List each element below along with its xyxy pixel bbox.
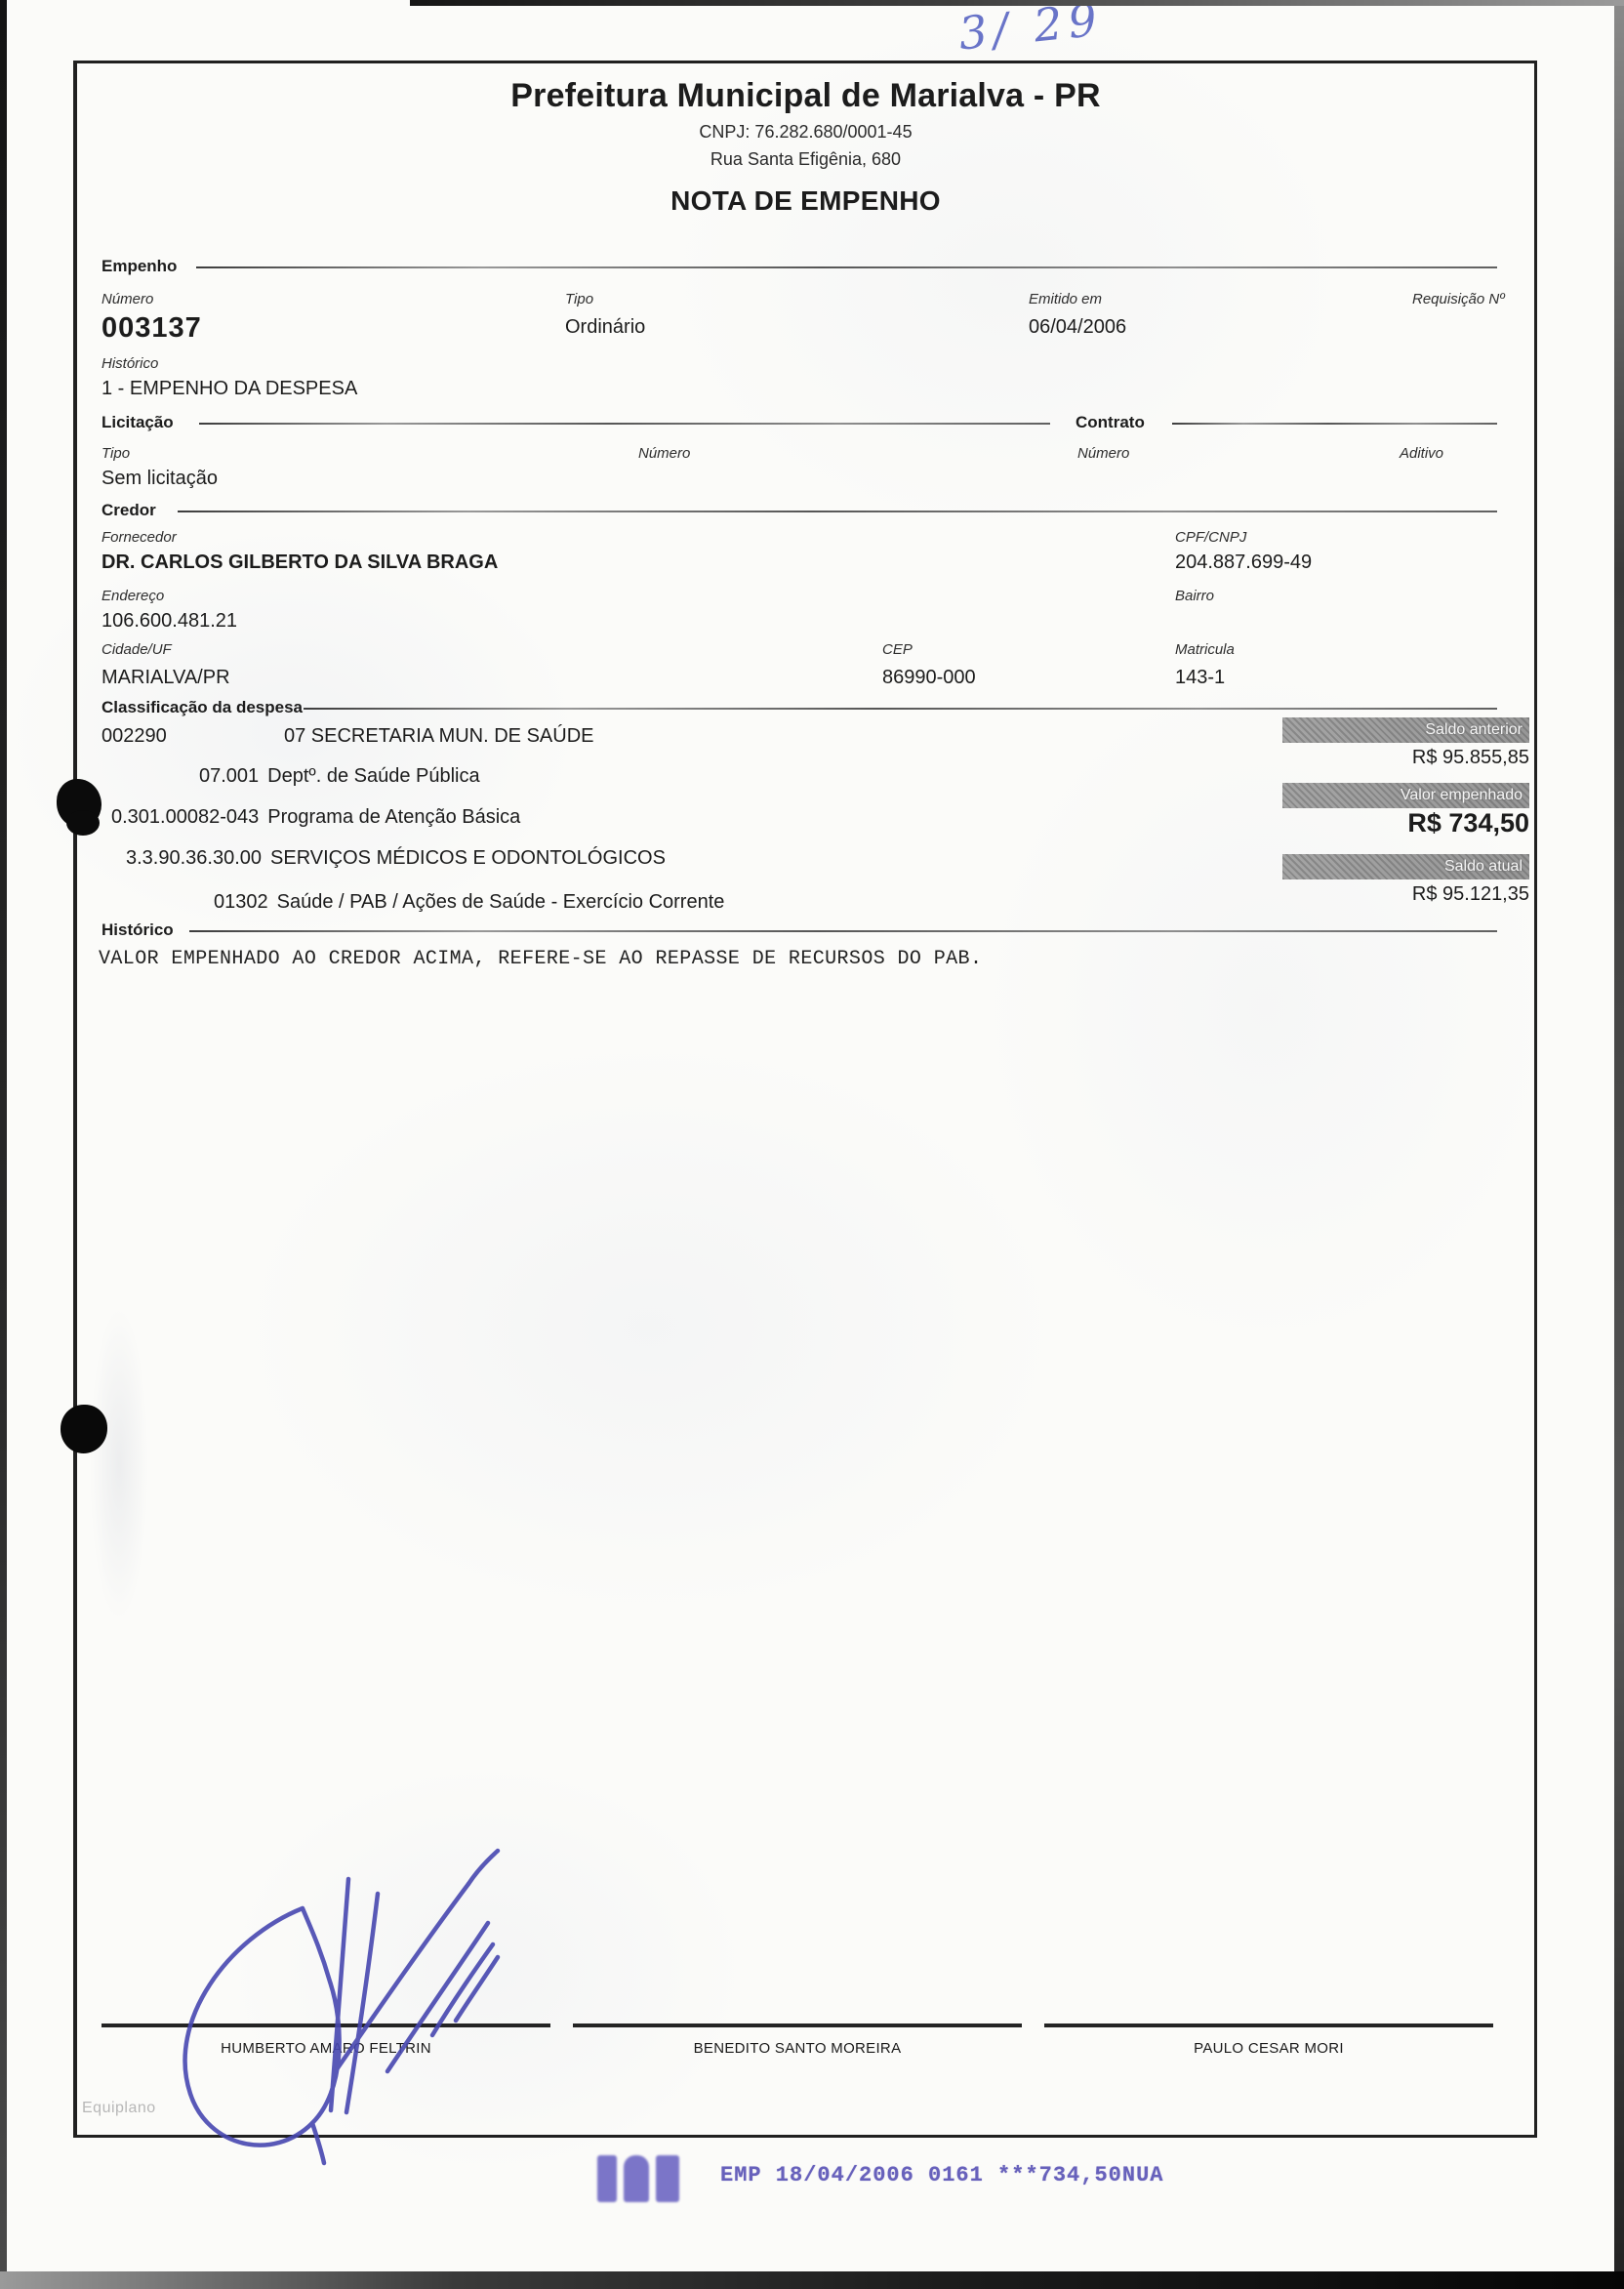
section-licitacao-rule	[199, 423, 1050, 425]
empenho-emitido-value: 06/04/2006	[1029, 316, 1126, 339]
signature-block: PAULO CESAR MORI	[1044, 2023, 1493, 2057]
document-type-title: NOTA DE EMPENHO	[77, 185, 1534, 217]
classificacao-row: 01302Saúde / PAB / Ações de Saúde - Exer…	[214, 891, 724, 914]
section-empenho-rule	[196, 266, 1497, 268]
section-classificacao-rule	[304, 708, 1497, 710]
saldo-anterior-bar: Saldo anterior	[1282, 717, 1529, 743]
classificacao-row: 0.301.00082-043Programa de Atenção Básic…	[111, 806, 520, 829]
ink-blot	[57, 779, 101, 828]
licitacao-tipo-label: Tipo	[101, 445, 130, 462]
classificacao-row: 00229007 SECRETARIA MUN. DE SAÚDE	[101, 725, 593, 748]
classificacao-row-code: 07.001	[199, 765, 259, 787]
classificacao-row-desc: SERVIÇOS MÉDICOS E ODONTOLÓGICOS	[270, 847, 666, 869]
scanned-document-page: Prefeitura Municipal de Marialva - PR CN…	[0, 0, 1624, 2289]
contrato-numero-label: Número	[1077, 445, 1129, 462]
scan-edge-right	[1614, 0, 1624, 2289]
credor-cpf-value: 204.887.699-49	[1175, 552, 1312, 574]
credor-matricula-value: 143-1	[1175, 667, 1225, 689]
scan-edge-left	[0, 0, 7, 2289]
empenho-historico-value: 1 - EMPENHO DA DESPESA	[101, 378, 357, 400]
section-licitacao-label: Licitação	[101, 413, 174, 432]
section-historico-rule	[189, 930, 1497, 932]
classificacao-row-code: 01302	[214, 891, 268, 913]
credor-endereco-value: 106.600.481.21	[101, 610, 237, 633]
empenho-tipo-value: Ordinário	[565, 316, 645, 339]
valor-empenhado-value: R$ 734,50	[1282, 808, 1529, 838]
handwritten-page-number: 3/ 29	[956, 0, 1106, 61]
saldo-atual-value: R$ 95.121,35	[1282, 883, 1529, 906]
entity-title: Prefeitura Municipal de Marialva - PR	[77, 77, 1534, 115]
scan-edge-bottom	[0, 2271, 1624, 2289]
pen-signature-ink	[93, 1835, 503, 2167]
credor-cidade-value: MARIALVA/PR	[101, 667, 230, 689]
credor-endereco-label: Endereço	[101, 588, 164, 604]
empenho-tipo-label: Tipo	[565, 291, 593, 307]
signature-line	[573, 2023, 1022, 2027]
classificacao-row-code: 0.301.00082-043	[111, 806, 259, 828]
signature-block: BENEDITO SANTO MOREIRA	[573, 2023, 1022, 2057]
empenho-requisicao-label: Requisição Nº	[1412, 291, 1505, 307]
credor-cep-label: CEP	[882, 641, 913, 658]
stamp-logo	[597, 2155, 679, 2202]
section-contrato-label: Contrato	[1076, 413, 1145, 432]
document-header: Prefeitura Municipal de Marialva - PR CN…	[77, 77, 1534, 217]
classificacao-row: 3.3.90.36.30.00SERVIÇOS MÉDICOS E ODONTO…	[126, 847, 666, 870]
classificacao-row-desc: Saúde / PAB / Ações de Saúde - Exercício…	[277, 891, 725, 913]
credor-bairro-label: Bairro	[1175, 588, 1214, 604]
section-credor-rule	[178, 511, 1497, 512]
document-border-frame: Prefeitura Municipal de Marialva - PR CN…	[73, 61, 1537, 2138]
signature-line	[1044, 2023, 1493, 2027]
classificacao-row: 07.001Deptº. de Saúde Pública	[199, 765, 480, 788]
historico-text: VALOR EMPENHADO AO CREDOR ACIMA, REFERE-…	[99, 948, 982, 970]
contrato-aditivo-label: Aditivo	[1400, 445, 1443, 462]
credor-fornecedor-value: DR. CARLOS GILBERTO DA SILVA BRAGA	[101, 552, 498, 574]
section-empenho-label: Empenho	[101, 257, 177, 276]
hole-punch-mark	[61, 1405, 107, 1453]
credor-cpf-label: CPF/CNPJ	[1175, 529, 1246, 546]
classificacao-row-desc: Deptº. de Saúde Pública	[267, 765, 479, 787]
signature-name: PAULO CESAR MORI	[1044, 2040, 1493, 2057]
empenho-emitido-label: Emitido em	[1029, 291, 1102, 307]
classificacao-row-code: 3.3.90.36.30.00	[126, 847, 262, 869]
credor-matricula-label: Matricula	[1175, 641, 1235, 658]
entity-cnpj: CNPJ: 76.282.680/0001-45	[77, 122, 1534, 143]
classificacao-row-desc: Programa de Atenção Básica	[267, 806, 520, 828]
valor-empenhado-bar: Valor empenhado	[1282, 783, 1529, 808]
entity-address: Rua Santa Efigênia, 680	[77, 149, 1534, 170]
section-contrato-rule	[1172, 423, 1497, 425]
empenho-numero-value: 003137	[101, 312, 202, 345]
credor-cidade-label: Cidade/UF	[101, 641, 172, 658]
credor-cep-value: 86990-000	[882, 667, 976, 689]
empenho-numero-label: Número	[101, 291, 153, 307]
section-classificacao-label: Classificação da despesa	[101, 698, 303, 717]
classificacao-row-code: 002290	[101, 725, 284, 748]
licitacao-tipo-value: Sem licitação	[101, 468, 218, 490]
scan-smudge	[90, 1308, 148, 1620]
credor-fornecedor-label: Fornecedor	[101, 529, 177, 546]
classificacao-row-desc: 07 SECRETARIA MUN. DE SAÚDE	[284, 725, 593, 747]
saldo-atual-bar: Saldo atual	[1282, 854, 1529, 879]
signature-name: BENEDITO SANTO MOREIRA	[573, 2040, 1022, 2057]
section-credor-label: Credor	[101, 501, 156, 520]
empenho-historico-label: Histórico	[101, 355, 158, 372]
scan-edge-top	[410, 0, 1624, 6]
licitacao-numero-label: Número	[638, 445, 690, 462]
validation-stamp: EMP 18/04/2006 0161 ***734,50NUA	[597, 2155, 1163, 2202]
section-historico-label: Histórico	[101, 920, 174, 940]
saldo-anterior-value: R$ 95.855,85	[1282, 747, 1529, 769]
stamp-text: EMP 18/04/2006 0161 ***734,50NUA	[720, 2163, 1163, 2187]
